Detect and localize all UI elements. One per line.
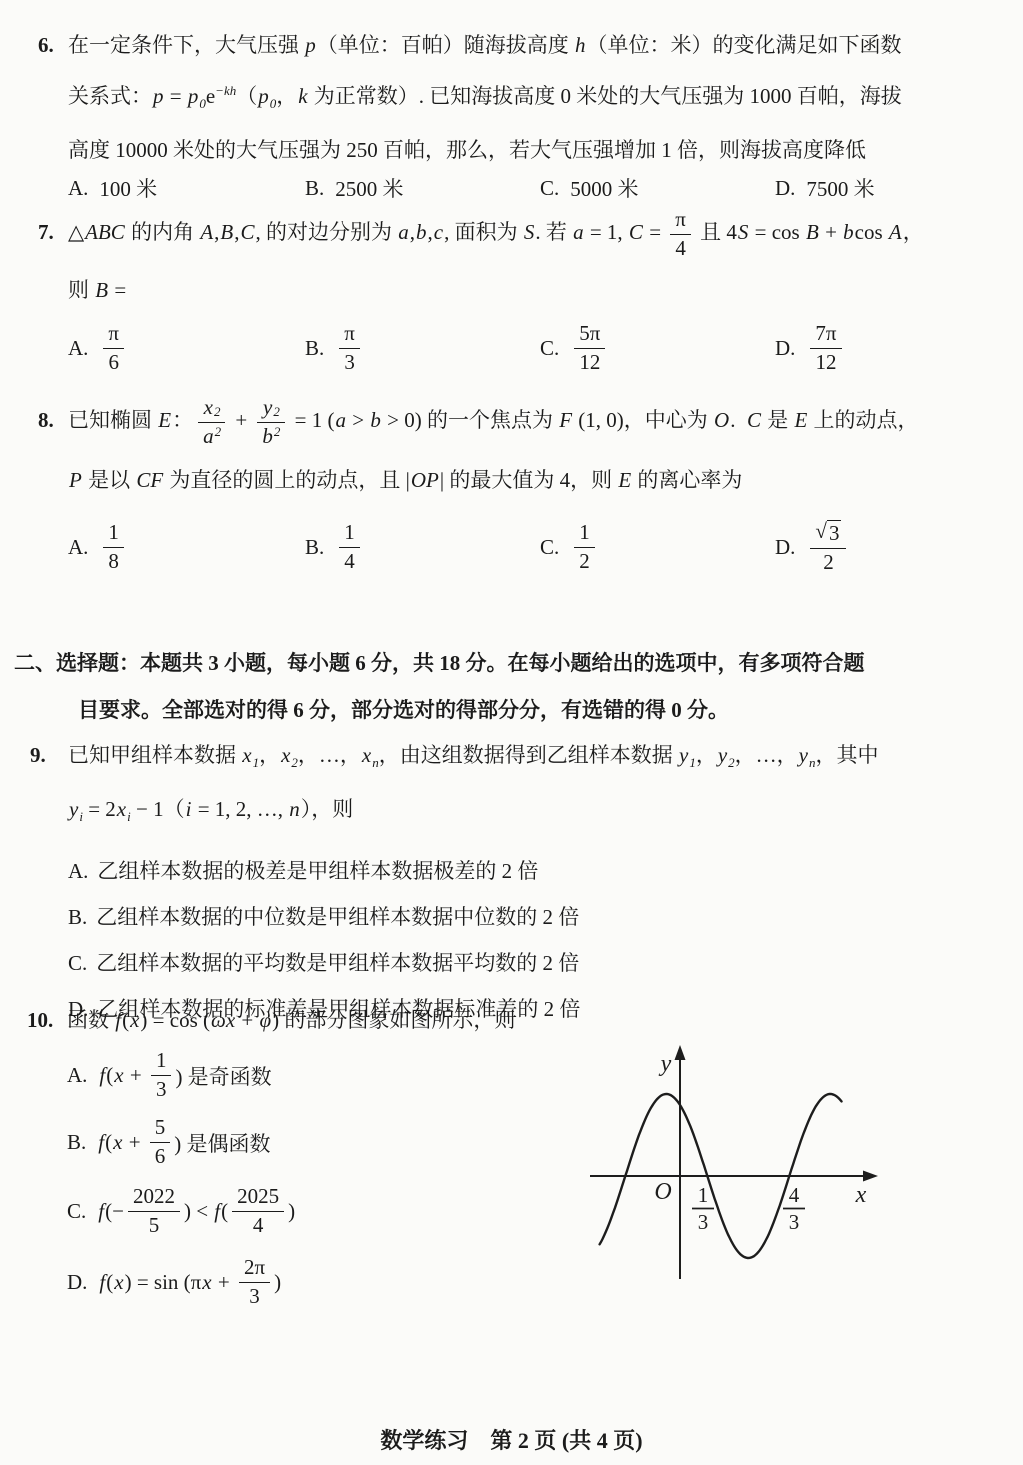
option-label: D. — [775, 535, 795, 560]
question-number: 8. — [38, 397, 68, 443]
option-value: f(−20225) < f(20254) — [97, 1184, 295, 1238]
option-a: A.π6 — [68, 321, 305, 375]
fraction: 13 — [151, 1048, 172, 1102]
math-token: 12 — [810, 349, 841, 376]
math-token: cos — [855, 220, 888, 244]
math-token: OP — [410, 468, 440, 492]
option-c: C.f(−20225) < f(20254) — [67, 1176, 627, 1247]
math-token: F — [558, 408, 573, 432]
math-token: x2 — [198, 395, 226, 423]
question-line: 高度 10000 米处的大气压强为 250 百帕，那么，若大气压强增加 1 倍，… — [68, 127, 1003, 173]
math-token: p — [304, 33, 317, 57]
math-token: , — [428, 220, 433, 244]
math-token: 上的动点， — [808, 408, 918, 432]
math-token: 已知甲组样本数据 — [68, 743, 241, 767]
math-token: 2 — [823, 551, 834, 575]
option-text: 乙组样本数据的平均数是甲组样本数据平均数的 2 倍 — [96, 951, 579, 975]
question-number: 6. — [38, 22, 68, 68]
math-token: 2 — [274, 425, 281, 440]
option-label: B. — [305, 176, 324, 201]
math-token: ) — [274, 1270, 281, 1295]
option-c: C.5000 米 — [540, 173, 775, 203]
math-token: 12 — [815, 351, 836, 375]
math-token: 1 — [151, 1048, 172, 1076]
math-token: , 的对边分别为 — [256, 220, 398, 244]
math-token: = 1, — [585, 220, 628, 244]
math-token: + — [213, 1270, 235, 1295]
math-token: , 面积为 — [444, 220, 523, 244]
math-token: ， — [259, 743, 280, 767]
math-token: a — [202, 425, 215, 449]
math-token: E — [157, 408, 172, 432]
math-token: a — [397, 220, 410, 244]
question-line: 6.在一定条件下，大气压强 p（单位：百帕）随海拔高度 h（单位：米）的变化满足… — [68, 22, 1003, 68]
math-token: = — [109, 278, 126, 302]
section-header-line: 二、选择题：本题共 3 小题，每小题 6 分，共 18 分。在每小题给出的选项中… — [14, 640, 1014, 687]
math-token: O — [713, 408, 730, 432]
math-token: 2 — [214, 405, 221, 420]
option-label: D. — [775, 336, 795, 361]
question-line: P 是以 CF 为直径的圆上的动点，且 |OP| 的最大值为 4，则 E 的离心… — [68, 457, 1023, 503]
math-line: yi = 2xi − 1（i = 1, 2, …, n），则 — [68, 797, 353, 821]
fraction: π4 — [670, 207, 691, 261]
math-token: 100 米 — [99, 177, 157, 201]
fraction: 7π12 — [810, 321, 841, 375]
math-token: = — [165, 84, 187, 108]
math-token: S — [737, 220, 750, 244]
math-token: − 1（ — [131, 797, 185, 821]
math-token: ， — [696, 743, 717, 767]
math-token: 5 — [149, 1214, 160, 1238]
math-token: b2 — [256, 423, 285, 450]
math-token: + — [125, 1063, 147, 1088]
option-b: B.乙组样本数据的中位数是甲组样本数据中位数的 2 倍 — [68, 894, 1015, 940]
math-token: 5 — [150, 1115, 171, 1143]
option-value: 5π12 — [570, 321, 609, 375]
math-token: B — [219, 220, 234, 244]
math-token: | 的最大值为 4，则 — [440, 468, 617, 492]
math-token: + — [820, 220, 842, 244]
math-token: P — [68, 468, 83, 492]
options-row: A.18 B.14 C.12 D.√32 — [68, 519, 1023, 576]
option-label: C. — [67, 1199, 86, 1224]
option-value: 7500 米 — [806, 173, 874, 203]
exam-page: 6.在一定条件下，大气压强 p（单位：百帕）随海拔高度 h（单位：米）的变化满足… — [0, 0, 1023, 1465]
math-line: 关系式：p = p0e−kh（p0，k 为正常数）. 已知海拔高度 0 米处的大… — [68, 84, 902, 108]
math-token: p — [257, 84, 270, 108]
math-token: b — [842, 220, 855, 244]
math-token: ， — [276, 84, 297, 108]
option-b: B.2500 米 — [305, 173, 540, 203]
math-token: 高度 10000 米处的大气压强为 250 百帕，那么，若大气压强增加 1 倍，… — [68, 138, 866, 162]
math-token: = cos — [749, 220, 805, 244]
fraction: 2π3 — [239, 1255, 270, 1309]
math-token: S — [523, 220, 536, 244]
fraction: x2a2 — [197, 395, 226, 449]
math-token: > 0) 的一个焦点为 — [382, 408, 558, 432]
math-token: x — [280, 743, 291, 767]
math-token: ) — [288, 1199, 295, 1224]
fraction: 20225 — [128, 1184, 180, 1238]
math-token: 4 — [248, 1212, 269, 1239]
math-token: y2 — [257, 395, 285, 423]
math-token: 则 — [68, 278, 94, 302]
option-a: A.乙组样本数据的极差是甲组样本数据极差的 2 倍 — [68, 848, 1015, 894]
option-d: D.7500 米 — [775, 173, 875, 203]
math-token: ， — [903, 220, 924, 244]
math-token: x — [112, 1130, 123, 1155]
origin-label: O — [654, 1179, 671, 1205]
question-number: 7. — [38, 209, 68, 255]
option-label: A. — [68, 336, 88, 361]
math-token: 8 — [108, 550, 119, 574]
question-number: 9. — [30, 732, 68, 778]
math-token: 3 — [344, 351, 355, 375]
math-token: 12 — [574, 349, 605, 376]
math-token: π — [675, 208, 686, 232]
math-token: 1 — [103, 520, 124, 548]
math-token: 函数 — [67, 1008, 114, 1032]
function-graph-svg: y x O 1 3 4 3 — [572, 1035, 1012, 1320]
option-value: f(x + 13) 是奇函数 — [98, 1048, 271, 1102]
math-token: π — [670, 207, 691, 235]
math-token: 6 — [150, 1143, 171, 1170]
math-token: 3 — [827, 520, 842, 546]
math-token: ），则 — [301, 797, 354, 821]
math-token: A — [888, 220, 903, 244]
fraction: π6 — [103, 321, 124, 375]
option-label: A. — [67, 1063, 87, 1088]
option-label: D. — [775, 176, 795, 201]
math-token: 2 — [818, 549, 839, 576]
option-value: f(x) = sin (πx + 2π3) — [98, 1255, 281, 1309]
math-token: 5 — [144, 1212, 165, 1239]
math-token: y — [678, 743, 689, 767]
math-token: ) 的部分图象如图所示，则 — [272, 1008, 515, 1032]
question-line: 9.已知甲组样本数据 x1，x2，…，xn，由这组数据得到乙组样本数据 y1，y… — [68, 732, 1015, 786]
math-token: 且 4 — [695, 220, 737, 244]
math-token: 是 — [762, 408, 794, 432]
math-token: 2 — [273, 405, 280, 420]
math-token: 1 — [344, 521, 355, 545]
math-token: y — [262, 396, 273, 420]
option-value: π6 — [99, 321, 128, 375]
tick-numerator: 4 — [789, 1183, 800, 1207]
math-token: √ — [815, 520, 827, 542]
math-token: ，其中 — [815, 743, 878, 767]
math-token: 1 — [339, 520, 360, 548]
math-token: 2022 — [128, 1184, 180, 1212]
math-token: 2025 — [237, 1185, 279, 1209]
math-token: x — [201, 1270, 212, 1295]
option-a: A.f(x + 13) 是奇函数 — [67, 1042, 627, 1109]
question-line: 8.已知椭圆 E：x2a2 + y2b2 = 1 (a > b > 0) 的一个… — [68, 395, 1023, 449]
math-token: 5π — [574, 321, 605, 349]
option-label: A. — [68, 535, 88, 560]
math-token: ，…， — [298, 743, 361, 767]
tick-denominator: 3 — [698, 1210, 709, 1234]
question-6: 6.在一定条件下，大气压强 p（单位：百帕）随海拔高度 h（单位：米）的变化满足… — [38, 22, 1003, 203]
math-token: f — [97, 1130, 105, 1155]
math-token: C — [628, 220, 644, 244]
math-token: 4 — [344, 550, 355, 574]
math-token: . 若 — [535, 220, 572, 244]
math-token: CF — [135, 468, 164, 492]
option-label: C. — [68, 951, 87, 975]
math-token: 1 — [579, 521, 590, 545]
math-token: x — [129, 1008, 140, 1032]
tick-numerator: 1 — [698, 1183, 709, 1207]
math-token: 2π — [244, 1256, 265, 1280]
math-line: △ABC 的内角 A,B,C, 的对边分别为 a,b,c, 面积为 S. 若 a… — [68, 220, 924, 244]
math-token: △ — [68, 220, 84, 244]
option-label: C. — [540, 176, 559, 201]
option-label: B. — [305, 336, 324, 361]
math-token: 6 — [155, 1145, 166, 1169]
option-c: C.乙组样本数据的平均数是甲组样本数据平均数的 2 倍 — [68, 940, 1015, 986]
math-token: y — [68, 797, 79, 821]
math-token: C — [239, 220, 255, 244]
x-tick-four-thirds: 4 3 — [783, 1183, 805, 1234]
question-line: 则 B = — [68, 267, 1023, 313]
math-line: 已知椭圆 E：x2a2 + y2b2 = 1 (a > b > 0) 的一个焦点… — [68, 408, 919, 432]
option-d: D.√32 — [775, 519, 850, 576]
math-token: 1 — [156, 1049, 167, 1073]
math-token: a — [572, 220, 585, 244]
options-row: A.100 米 B.2500 米 C.5000 米 D.7500 米 — [68, 173, 1003, 203]
math-token: √3 — [810, 519, 846, 549]
function-graph: y x O 1 3 4 3 — [572, 1035, 1012, 1320]
option-c: C.12 — [540, 520, 775, 574]
math-token: b — [415, 220, 428, 244]
math-token: 5000 米 — [570, 177, 638, 201]
question-number: 10. — [27, 998, 67, 1042]
math-token: 4 — [675, 237, 686, 261]
question-9: 9.已知甲组样本数据 x1，x2，…，xn，由这组数据得到乙组样本数据 y1，y… — [30, 732, 1015, 1032]
math-line: 函数 f(x) = cos (ωx + φ) 的部分图象如图所示，则 — [67, 1008, 515, 1032]
option-label: A. — [68, 176, 88, 201]
math-token: x — [241, 743, 252, 767]
math-token: ) < — [184, 1199, 213, 1224]
math-token: B — [94, 278, 109, 302]
math-token: f — [98, 1063, 106, 1088]
question-line: 关系式：p = p0e−kh（p0，k 为正常数）. 已知海拔高度 0 米处的大… — [68, 68, 1003, 127]
math-token: c — [433, 220, 444, 244]
math-token: ，由这组数据得到乙组样本数据 — [379, 743, 678, 767]
math-token: x — [116, 797, 127, 821]
math-token: + — [230, 408, 252, 432]
math-token: 的离心率为 — [632, 468, 742, 492]
math-token: 的内角 — [126, 220, 200, 244]
math-token: 关系式： — [68, 84, 152, 108]
y-axis-arrow-icon — [675, 1045, 686, 1060]
option-text: 乙组样本数据的中位数是甲组样本数据中位数的 2 倍 — [96, 905, 579, 929]
math-token: . — [730, 408, 746, 432]
math-token: x — [361, 743, 372, 767]
math-line: 已知甲组样本数据 x1，x2，…，xn，由这组数据得到乙组样本数据 y1，y2，… — [68, 743, 878, 767]
math-token: a2 — [197, 423, 226, 450]
math-token: 6 — [108, 351, 119, 375]
math-token: （单位：百帕）随海拔高度 — [317, 33, 574, 57]
math-token: 5 — [155, 1116, 166, 1140]
math-token: p — [187, 84, 200, 108]
math-token: π — [103, 321, 124, 349]
math-token: C — [746, 408, 762, 432]
math-token: x — [113, 1063, 124, 1088]
math-token: （单位：米）的变化满足如下函数 — [587, 33, 902, 57]
math-token: 2025 — [232, 1184, 284, 1212]
question-line: 10.函数 f(x) = cos (ωx + φ) 的部分图象如图所示，则 — [67, 998, 627, 1042]
math-token: h — [574, 33, 587, 57]
x-axis-arrow-icon — [863, 1171, 878, 1182]
option-label: B. — [67, 1130, 86, 1155]
option-b: B.π3 — [305, 321, 540, 375]
math-token: A — [199, 220, 214, 244]
math-token: 2022 — [133, 1185, 175, 1209]
math-line: 则 B = — [68, 278, 126, 302]
option-a: A.100 米 — [68, 173, 305, 203]
question-7: 7.△ABC 的内角 A,B,C, 的对边分别为 a,b,c, 面积为 S. 若… — [38, 207, 1023, 375]
math-token: 8 — [103, 548, 124, 575]
option-value: 7π12 — [806, 321, 845, 375]
math-token: E — [617, 468, 632, 492]
math-token: π — [108, 322, 119, 346]
math-token: （ — [236, 84, 257, 108]
math-token: b — [261, 425, 274, 449]
fraction: 5π12 — [574, 321, 605, 375]
fraction: 56 — [150, 1115, 171, 1169]
math-token: ( — [106, 1270, 113, 1295]
math-token: = 1, 2, …, — [192, 797, 288, 821]
math-token: ，…， — [735, 743, 798, 767]
math-token: + — [236, 1008, 258, 1032]
math-token: 12 — [579, 351, 600, 375]
option-a: A.18 — [68, 520, 305, 574]
math-token: y — [717, 743, 728, 767]
math-token: x — [113, 1270, 124, 1295]
math-token: ( — [221, 1199, 228, 1224]
x-axis-label: x — [855, 1182, 867, 1208]
option-label: A. — [68, 859, 88, 883]
math-token: k — [297, 84, 308, 108]
math-token: B — [805, 220, 820, 244]
option-value: f(x + 56) 是偶函数 — [97, 1115, 270, 1169]
math-token: 5π — [579, 322, 600, 346]
math-token: ωx — [210, 1008, 236, 1032]
math-token: φ — [259, 1008, 273, 1032]
y-axis-label: y — [659, 1051, 672, 1077]
math-token: e — [206, 84, 215, 108]
math-token: 3 — [339, 349, 360, 376]
math-token: ： — [172, 408, 193, 432]
math-token: 已知椭圆 — [68, 408, 157, 432]
option-value: 100 米 — [99, 173, 157, 203]
tick-denominator: 3 — [789, 1210, 800, 1234]
math-token: p — [152, 84, 165, 108]
math-token: π — [339, 321, 360, 349]
math-token: 为正常数）. 已知海拔高度 0 米处的大气压强为 1000 百帕，海拔 — [309, 84, 902, 108]
fraction: 18 — [103, 520, 124, 574]
math-token: E — [793, 408, 808, 432]
math-token: y — [798, 743, 809, 767]
math-token: ABC — [84, 220, 126, 244]
fraction: π3 — [339, 321, 360, 375]
option-label: D. — [67, 1270, 87, 1295]
math-token: ) = cos ( — [140, 1008, 210, 1032]
math-token: f — [213, 1199, 221, 1224]
math-token: ) 是奇函数 — [175, 1061, 271, 1091]
math-token: 2π — [239, 1255, 270, 1283]
math-token: (1, 0)，中心为 — [573, 408, 713, 432]
math-token: 3 — [249, 1285, 260, 1309]
question-line: 7.△ABC 的内角 A,B,C, 的对边分别为 a,b,c, 面积为 S. 若… — [68, 207, 1023, 261]
math-token: = 1 ( — [289, 408, 334, 432]
option-d: D.7π12 — [775, 321, 846, 375]
math-token: 4 — [339, 548, 360, 575]
section-header-line: 目要求。全部选对的得 6 分，部分选对的得部分分，有选错的得 0 分。 — [14, 687, 1014, 734]
math-token: > — [347, 408, 369, 432]
math-token: ) 是偶函数 — [174, 1128, 270, 1158]
math-token: 7π — [810, 321, 841, 349]
section-2-header: 二、选择题：本题共 3 小题，每小题 6 分，共 18 分。在每小题给出的选项中… — [14, 640, 1014, 734]
page-footer: 数学练习 第 2 页 (共 4 页) — [0, 1424, 1023, 1455]
option-b: B.14 — [305, 520, 540, 574]
math-token: −kh — [215, 83, 236, 98]
option-value: 2500 米 — [335, 173, 403, 203]
x-tick-one-third: 1 3 — [692, 1183, 714, 1234]
math-token: 1 — [574, 520, 595, 548]
math-token: a — [335, 408, 348, 432]
math-line: P 是以 CF 为直径的圆上的动点，且 |OP| 的最大值为 4，则 E 的离心… — [68, 468, 742, 492]
math-token: f — [97, 1199, 105, 1224]
math-token: (− — [105, 1199, 124, 1224]
math-token: 3 — [244, 1283, 265, 1310]
math-token: 6 — [103, 349, 124, 376]
fraction: √32 — [810, 519, 846, 576]
math-token: 为直径的圆上的动点，且 | — [164, 468, 410, 492]
math-token: 2 — [215, 425, 222, 440]
fraction: y2b2 — [256, 395, 285, 449]
math-token: ) = sin (π — [125, 1270, 202, 1295]
math-line: 在一定条件下，大气压强 p（单位：百帕）随海拔高度 h（单位：米）的变化满足如下… — [68, 33, 902, 57]
math-token: b — [369, 408, 382, 432]
math-token: 7π — [815, 322, 836, 346]
option-d: D.f(x) = sin (πx + 2π3) — [67, 1247, 627, 1318]
option-value: 18 — [99, 520, 128, 574]
options-row: A.π6 B.π3 C.5π12 D.7π12 — [68, 321, 1023, 375]
question-8: 8.已知椭圆 E：x2a2 + y2b2 = 1 (a > b > 0) 的一个… — [38, 395, 1023, 576]
math-token: 在一定条件下，大气压强 — [68, 33, 304, 57]
math-token: 3 — [156, 1078, 167, 1102]
option-value: π3 — [335, 321, 364, 375]
math-token: = — [644, 220, 666, 244]
fraction: 20254 — [232, 1184, 284, 1238]
math-line: 高度 10000 米处的大气压强为 250 百帕，那么，若大气压强增加 1 倍，… — [68, 138, 866, 162]
math-token: π — [344, 322, 355, 346]
math-token: 2 — [574, 548, 595, 575]
math-token: x — [203, 396, 214, 420]
math-token: 1 — [108, 521, 119, 545]
option-label: B. — [305, 535, 324, 560]
option-value: √32 — [806, 519, 850, 576]
math-token: + — [123, 1130, 145, 1155]
option-value: 12 — [570, 520, 599, 574]
math-token: f — [98, 1270, 106, 1295]
option-value: 5000 米 — [570, 173, 638, 203]
question-line: yi = 2xi − 1（i = 1, 2, …, n），则 — [68, 786, 1015, 840]
math-token: = 2 — [83, 797, 116, 821]
option-c: C.5π12 — [540, 321, 775, 375]
